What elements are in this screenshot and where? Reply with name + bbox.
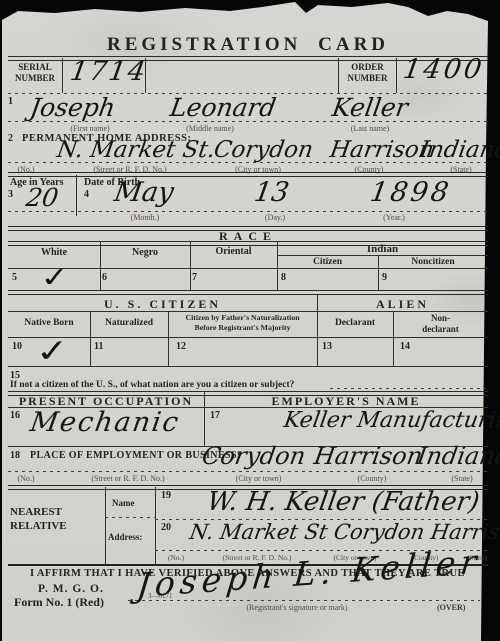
- employment-no-label: (No.): [8, 474, 44, 483]
- employment-city-value: Corydon: [200, 442, 308, 470]
- native-born-label: Native Born: [8, 318, 90, 328]
- first-name-value: Joseph: [28, 93, 117, 122]
- last-name-value: Keller: [330, 93, 410, 122]
- field-number-3: 3: [8, 189, 13, 200]
- registration-card-form: REGISTRATION CARD SERIAL NUMBER 1714 ORD…: [0, 0, 500, 641]
- non-declarant-label: Non- declarant: [393, 313, 488, 335]
- birth-day-value: 13: [252, 177, 291, 208]
- field-number-10: 10: [12, 341, 22, 352]
- rule: [277, 255, 488, 256]
- birth-year-value: 1898: [368, 177, 454, 208]
- relative-address-value: N. Market St Corydon Harrison Indiana: [188, 520, 500, 544]
- middle-name-value: Leonard: [168, 93, 278, 122]
- nearest-relative-label: NEAREST RELATIVE: [10, 505, 105, 534]
- race-indian-label: Indian: [277, 243, 488, 255]
- field-number-6: 6: [102, 272, 107, 283]
- employment-state-label: (State): [438, 474, 486, 483]
- employment-city-label: (City or town): [206, 474, 311, 483]
- field-number-14: 14: [400, 341, 410, 352]
- nation-question: If not a citizen of the U. S., of what n…: [10, 380, 294, 390]
- employment-state-value: Indiana: [415, 442, 500, 470]
- rule: [8, 268, 488, 269]
- race-indian-noncitizen-label: Noncitizen: [378, 257, 488, 267]
- birth-month-value: May: [112, 177, 176, 208]
- divider: [168, 311, 169, 366]
- divider: [317, 294, 318, 366]
- citizen-by-father-label: Citizen by Father's Naturalization Befor…: [170, 313, 315, 332]
- registrant-signature: Joseph L. Keller: [135, 542, 483, 605]
- divider: [338, 58, 339, 93]
- order-number-value: 1400: [401, 54, 487, 85]
- rule: [8, 290, 488, 295]
- employment-street-label: (Street or R. F. D. No.): [58, 474, 198, 483]
- last-name-label: (Last name): [320, 124, 420, 133]
- rule: [8, 471, 488, 472]
- field-number-5: 5: [12, 272, 17, 283]
- relative-name-value: W. H. Keller (Father): [205, 487, 482, 517]
- race-white-label: White: [8, 247, 100, 258]
- field-number-4: 4: [84, 189, 89, 200]
- divider: [100, 241, 101, 290]
- home-city-value: Corydon: [212, 137, 315, 163]
- rule: [8, 211, 488, 212]
- field-number-13: 13: [322, 341, 332, 352]
- field-number-7: 7: [192, 272, 197, 283]
- divider: [76, 175, 77, 216]
- signature-line: [128, 600, 480, 601]
- field-number-16: 16: [10, 410, 20, 421]
- field-number-18: 18: [10, 450, 20, 461]
- age-value: 20: [24, 183, 60, 212]
- over-label: (OVER): [437, 603, 465, 612]
- divider: [396, 58, 397, 93]
- relative-address-label: Address:: [108, 532, 142, 542]
- rule: [8, 162, 488, 163]
- race-indian-citizen-label: Citizen: [277, 257, 378, 267]
- rule: [105, 517, 155, 518]
- divider: [378, 255, 379, 290]
- declarant-label: Declarant: [317, 318, 393, 328]
- divider: [277, 241, 278, 290]
- footer-form-number: Form No. 1 (Red): [14, 595, 104, 610]
- checkmark-icon: ✓: [34, 332, 71, 370]
- middle-name-label: (Middle name): [158, 124, 262, 133]
- divider: [190, 241, 191, 290]
- field-number-20: 20: [161, 522, 171, 533]
- divider: [62, 58, 63, 93]
- divider: [145, 58, 146, 93]
- employment-county-value: Harrison: [312, 442, 425, 470]
- rule: [8, 337, 488, 338]
- answer-line: [330, 388, 486, 389]
- employment-county-label: (County): [336, 474, 408, 483]
- race-oriental-label: Oriental: [190, 246, 277, 257]
- rule: [8, 311, 488, 312]
- race-negro-label: Negro: [100, 247, 190, 258]
- serial-number-value: 1714: [68, 56, 150, 87]
- footer-org: P. M. G. O.: [38, 583, 104, 595]
- birth-year-label: (Year.): [358, 213, 430, 222]
- alien-header: ALIEN: [317, 297, 488, 312]
- rule: [8, 121, 488, 122]
- birth-day-label: (Day.): [240, 213, 310, 222]
- relative-no-label: (No.): [158, 553, 194, 562]
- field-number-12: 12: [176, 341, 186, 352]
- birth-month-label: (Month.): [100, 213, 190, 222]
- divider: [105, 487, 106, 564]
- order-number-label: ORDER NUMBER: [340, 62, 395, 85]
- field-number-9: 9: [382, 272, 387, 283]
- us-citizen-header: U. S. CITIZEN: [8, 297, 317, 312]
- home-state-value: Indiana: [418, 137, 500, 163]
- signature-label: (Registrant's signature or mark): [222, 603, 372, 612]
- field-number-2: 2: [8, 133, 13, 144]
- field-number-1: 1: [8, 96, 13, 107]
- serial-number-label: SERIAL NUMBER: [8, 62, 62, 85]
- employer-value: Keller Manufacturing Co: [282, 408, 500, 433]
- naturalized-label: Naturalized: [90, 318, 168, 328]
- field-number-19: 19: [161, 490, 171, 501]
- home-street-value: N. Market St.: [55, 137, 217, 163]
- occupation-value: Mechanic: [28, 407, 182, 438]
- relative-name-label: Name: [112, 498, 135, 508]
- divider: [90, 311, 91, 366]
- divider: [393, 311, 394, 366]
- first-name-label: (First name): [40, 124, 140, 133]
- divider: [155, 487, 156, 564]
- rule: [8, 366, 488, 367]
- field-number-11: 11: [94, 341, 103, 352]
- field-number-17: 17: [210, 410, 220, 421]
- page-title: REGISTRATION CARD: [0, 34, 496, 56]
- field-number-8: 8: [281, 272, 286, 283]
